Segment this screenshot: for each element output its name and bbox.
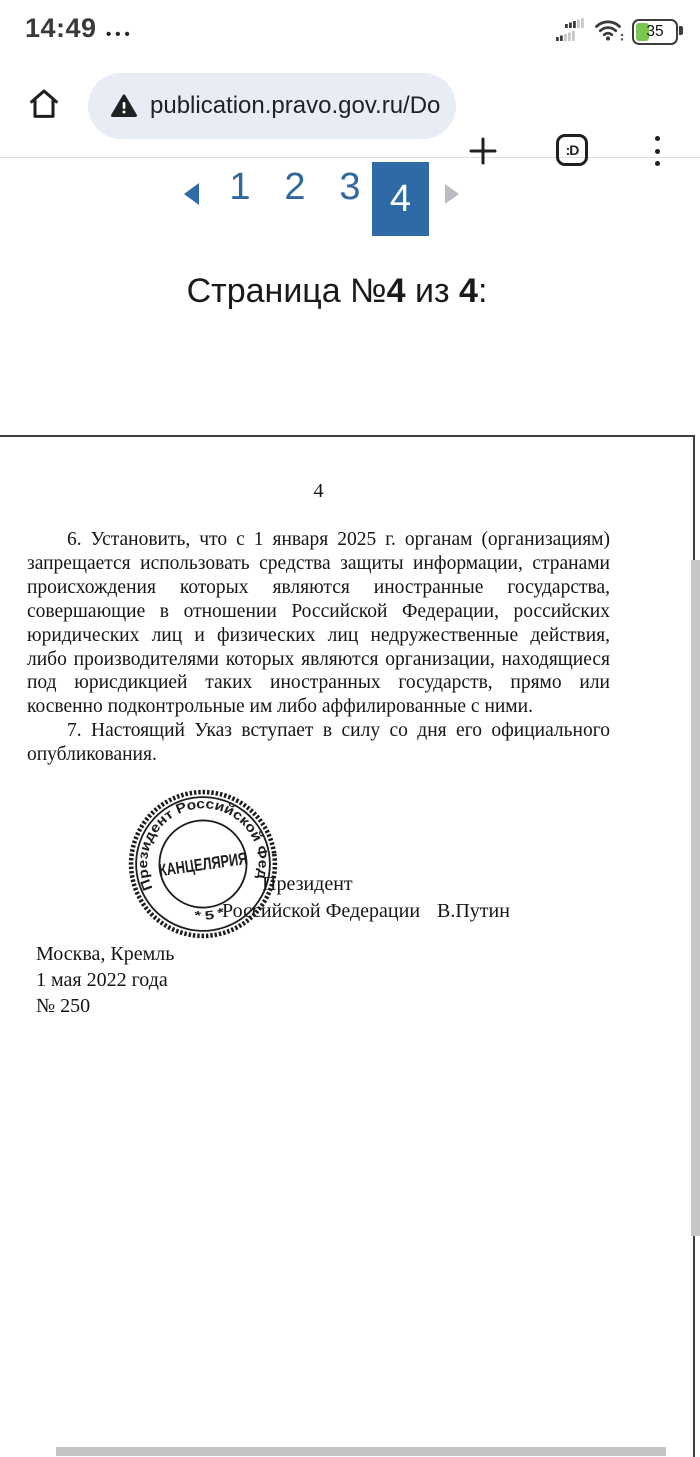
browser-menu-button[interactable]	[651, 134, 663, 168]
heading-current-page: 4	[387, 272, 406, 310]
signature-title-line2: Российской Федерации	[222, 900, 420, 923]
status-bar: 14:49 ••• 35	[0, 0, 700, 60]
url-text: publication.pravo.gov.ru/Do	[150, 92, 440, 120]
tab-switcher-button[interactable]: :D	[556, 134, 588, 166]
svg-text:Президент Российской Федерации: Президент Российской Федерации	[126, 787, 274, 901]
stamp-ring-text: Президент Российской Федерации	[126, 787, 274, 901]
pagination-page-1[interactable]: 1	[225, 166, 255, 209]
heading-prefix: Страница №	[187, 272, 387, 310]
document-paragraph-6: 6. Установить, что с 1 января 2025 г. ор…	[27, 528, 610, 719]
document-text: 6. Установить, что с 1 января 2025 г. ор…	[27, 528, 610, 767]
pagination-page-4-active[interactable]: 4	[372, 162, 429, 236]
heading-middle: из	[406, 272, 459, 310]
pagination-page-2[interactable]: 2	[280, 166, 310, 209]
clock: 14:49	[25, 13, 97, 44]
heading-suffix: :	[478, 272, 487, 310]
new-tab-button[interactable]	[467, 135, 499, 167]
home-button[interactable]	[26, 86, 62, 122]
page-heading: Страница №4 из 4:	[0, 272, 687, 311]
heading-total-pages: 4	[459, 272, 478, 310]
battery-cap	[679, 26, 683, 35]
address-bar[interactable]: publication.pravo.gov.ru/Do	[88, 73, 456, 139]
document-date: 1 мая 2022 года	[36, 967, 174, 993]
kebab-dot	[655, 161, 660, 166]
document-paragraph-7: 7. Настоящий Указ вступает в силу со дня…	[27, 719, 610, 767]
vertical-scrollbar-thumb[interactable]	[691, 560, 700, 1236]
cellular-signal-icon	[556, 17, 586, 43]
notification-dots: •••	[106, 26, 134, 43]
mobile-browser-screen: 14:49 ••• 35	[0, 0, 700, 1457]
document-page-number: 4	[27, 480, 610, 503]
kebab-dot	[655, 136, 660, 141]
kebab-dot	[655, 149, 660, 154]
battery-percent: 35	[634, 21, 676, 43]
pagination-prev-arrow[interactable]	[184, 183, 199, 205]
document-number: № 250	[36, 993, 174, 1019]
signature-title-line1: Президент	[262, 873, 353, 896]
stamp-center-text: КАНЦЕЛЯРИЯ	[157, 848, 248, 880]
browser-toolbar: publication.pravo.gov.ru/Do :D	[0, 60, 700, 158]
horizontal-scrollbar-thumb[interactable]	[56, 1447, 666, 1456]
battery-icon: 35	[632, 19, 678, 45]
tab-counter-label: :D	[566, 142, 579, 158]
signature-name: В.Путин	[437, 900, 510, 923]
pagination-page-3[interactable]: 3	[335, 166, 365, 209]
wifi-icon	[593, 16, 627, 44]
document-place: Москва, Кремль	[36, 941, 174, 967]
document-scan-image: 4 6. Установить, что с 1 января 2025 г. …	[0, 435, 695, 1457]
document-footer: Москва, Кремль 1 мая 2022 года № 250	[36, 941, 174, 1019]
pagination-next-arrow[interactable]	[445, 184, 459, 204]
site-security-warning-icon[interactable]	[110, 93, 138, 119]
